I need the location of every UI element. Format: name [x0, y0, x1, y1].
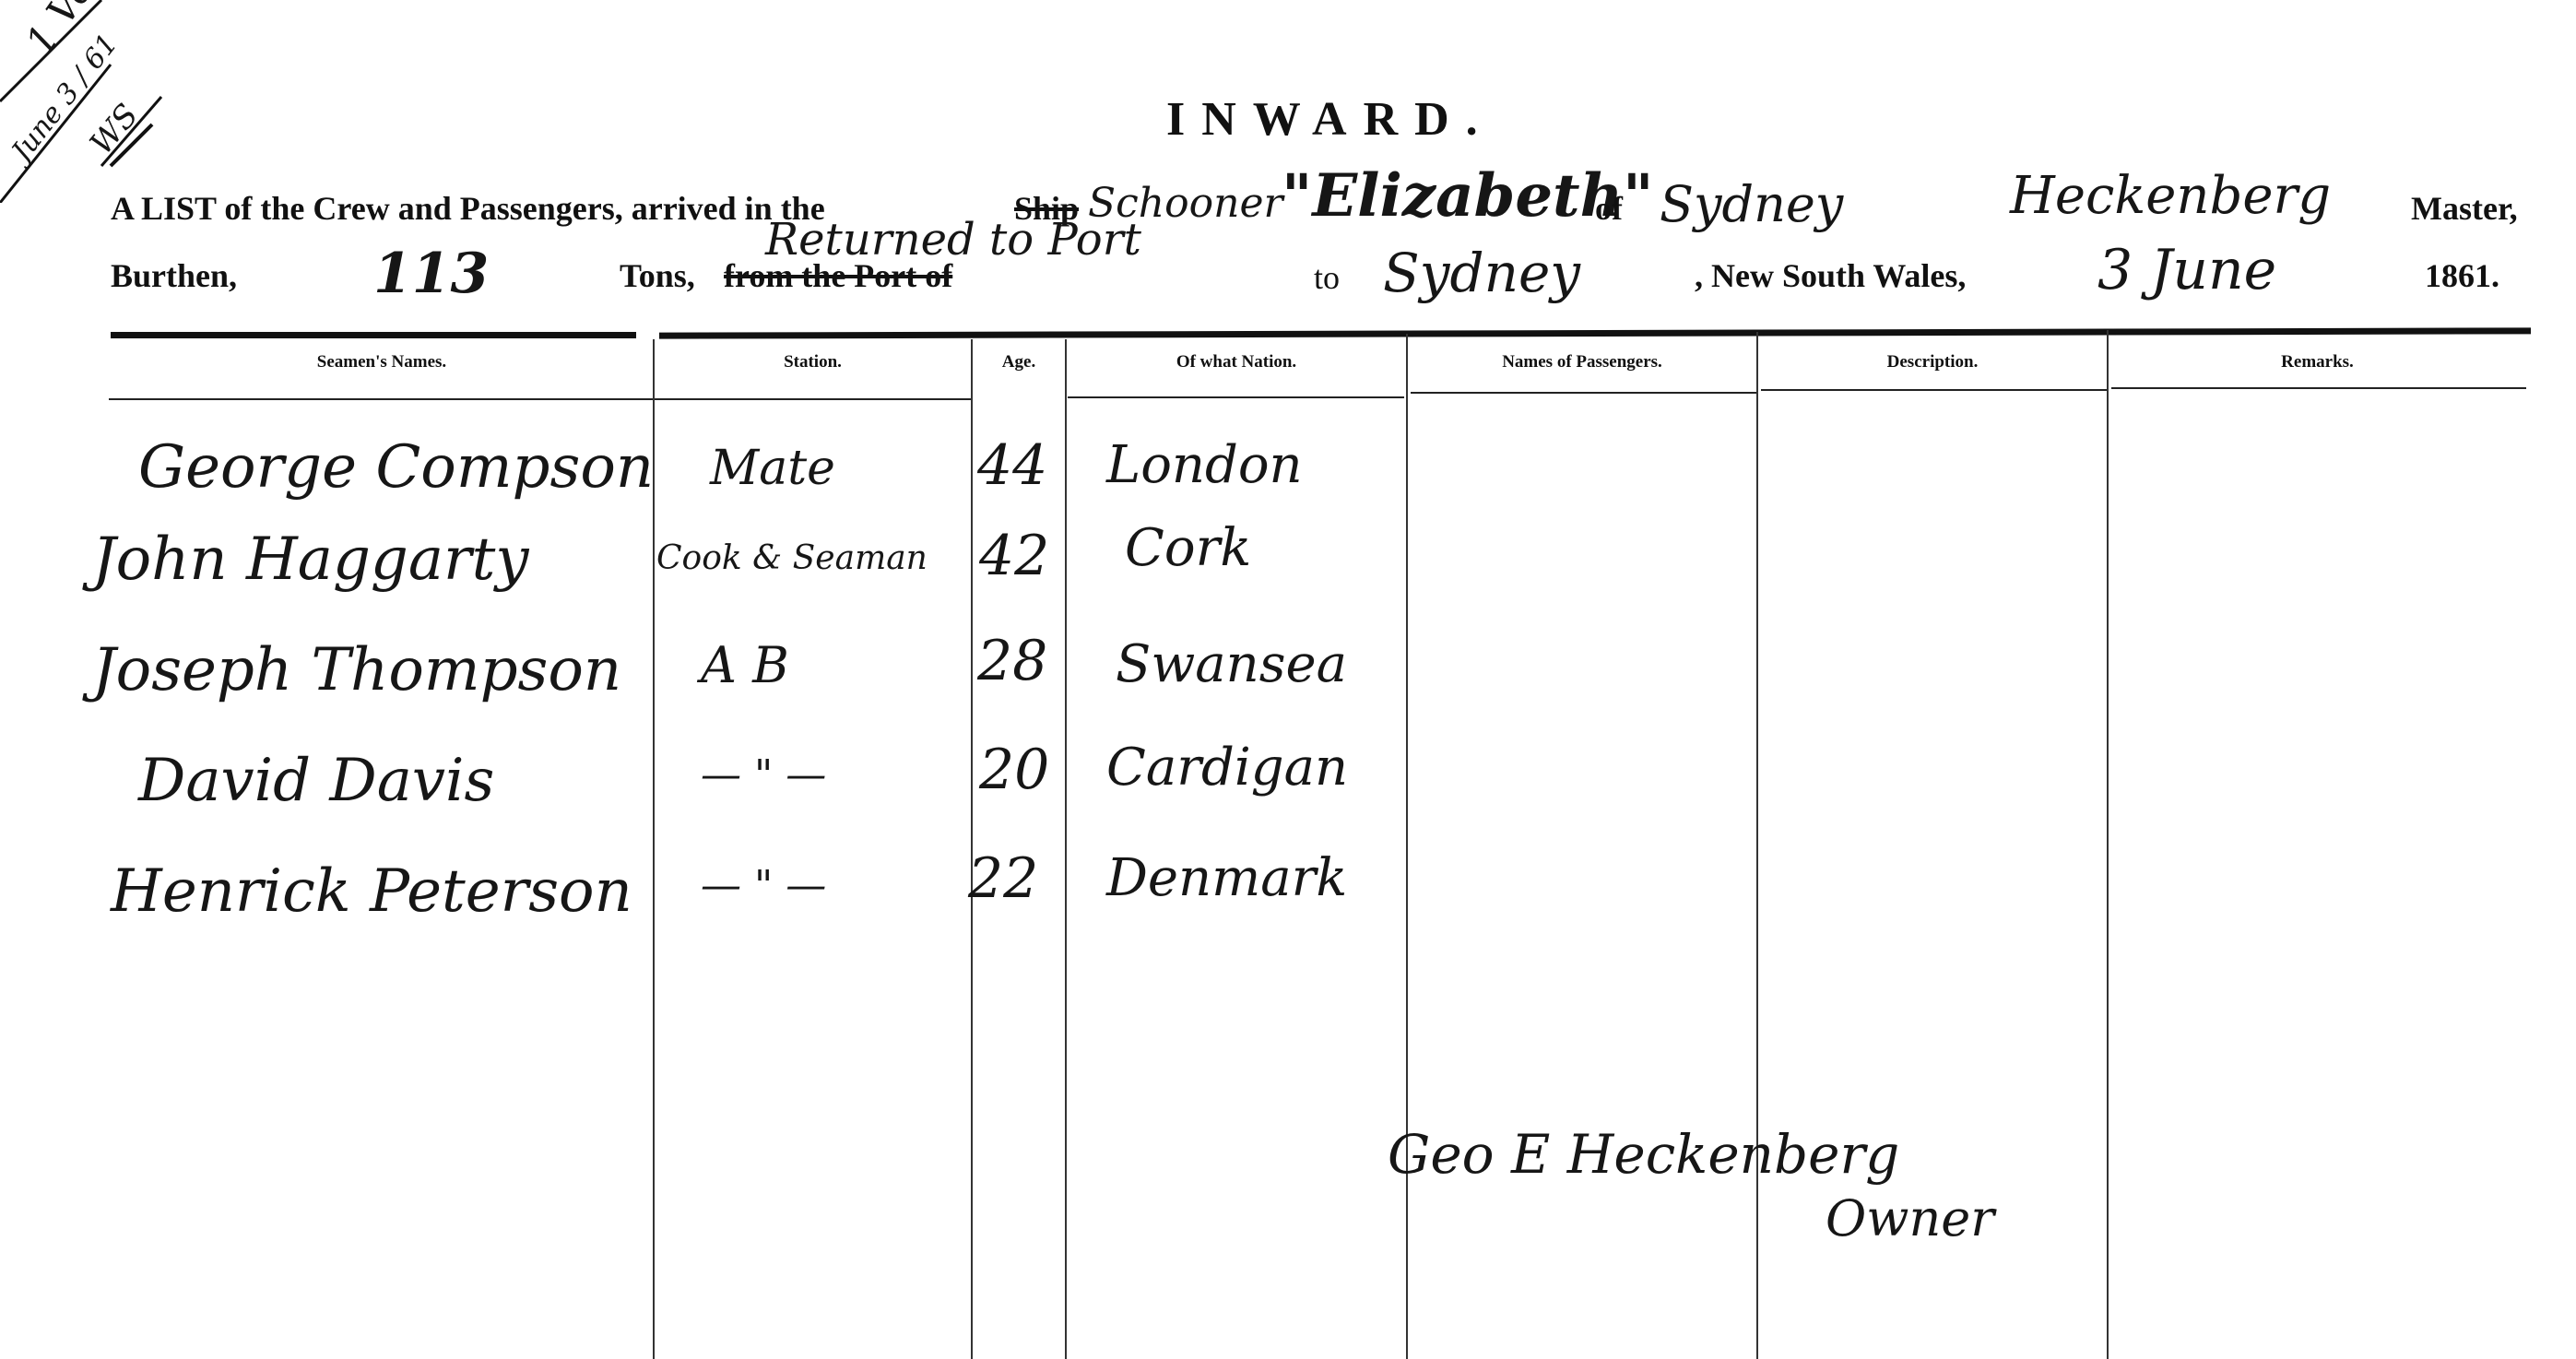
table-top-rule-right — [659, 327, 2531, 338]
seaman-station: Mate — [710, 441, 835, 496]
table-top-rule-left — [111, 332, 636, 338]
to-label: to — [1314, 258, 1340, 297]
header-bottom-rule-left — [109, 398, 971, 400]
seaman-nation: Cardigan — [1106, 738, 1348, 798]
column-divider-5 — [1756, 332, 1758, 1359]
header-bottom-rule-description — [1761, 389, 2107, 391]
seaman-age: 44 — [977, 433, 1047, 498]
seaman-nation: Denmark — [1106, 848, 1347, 908]
seaman-name: George Compson — [138, 433, 654, 502]
seaman-station: A B — [701, 636, 789, 694]
column-header-remarks: Remarks. — [2109, 352, 2526, 372]
seaman-nation: Swansea — [1116, 634, 1347, 694]
owner-signature: Geo E Heckenberg — [1388, 1123, 1899, 1186]
tons-label: Tons, — [620, 256, 695, 295]
header-bottom-rule-remarks — [2111, 387, 2526, 389]
seaman-age: 28 — [977, 629, 1047, 693]
year-field: 1861. — [2425, 256, 2499, 295]
seaman-name: Joseph Thompson — [92, 636, 621, 704]
master-label: Master, — [2411, 189, 2518, 228]
burthen-label: Burthen, — [111, 256, 237, 295]
list-intro-text: A LIST of the Crew and Passengers, arriv… — [111, 189, 825, 228]
master-name-field: Heckenberg — [2010, 166, 2331, 226]
column-header-passengers: Names of Passengers. — [1408, 352, 1756, 372]
column-header-seamens-names: Seamen's Names. — [111, 352, 653, 372]
arrival-date-field: 3 June — [2097, 238, 2276, 302]
seaman-name: Henrick Peterson — [111, 857, 632, 926]
home-port-field: Sydney — [1660, 175, 1843, 233]
of-label: of — [1595, 189, 1623, 228]
origin-field: Returned to Port — [765, 214, 1141, 266]
seaman-station: — " — — [701, 862, 826, 909]
column-divider-6 — [2107, 330, 2109, 1359]
seaman-name: John Haggarty — [92, 526, 529, 594]
destination-field: Sydney — [1383, 242, 1580, 304]
page-title: INWARD. — [1166, 92, 1495, 147]
burthen-value: 113 — [373, 242, 489, 306]
column-header-nation: Of what Nation. — [1067, 352, 1406, 372]
column-divider-3 — [1065, 339, 1067, 1359]
seaman-station: — " — — [701, 751, 826, 798]
column-header-station: Station. — [655, 352, 971, 372]
column-divider-4 — [1406, 334, 1408, 1359]
seaman-age: 20 — [979, 738, 1049, 802]
seaman-age: 42 — [979, 524, 1049, 588]
column-header-description: Description. — [1758, 352, 2107, 372]
header-bottom-rule-nation — [1068, 396, 1404, 398]
column-header-age: Age. — [973, 352, 1065, 372]
seaman-age: 22 — [968, 846, 1038, 911]
seaman-nation: Cork — [1125, 518, 1251, 578]
colony-label: , New South Wales, — [1695, 256, 1966, 295]
owner-title: Owner — [1826, 1189, 1994, 1247]
seaman-name: David Davis — [138, 747, 494, 815]
seaman-station: Cook & Seaman — [656, 539, 928, 577]
header-bottom-rule-passengers — [1411, 392, 1756, 394]
seaman-nation: London — [1106, 435, 1303, 495]
